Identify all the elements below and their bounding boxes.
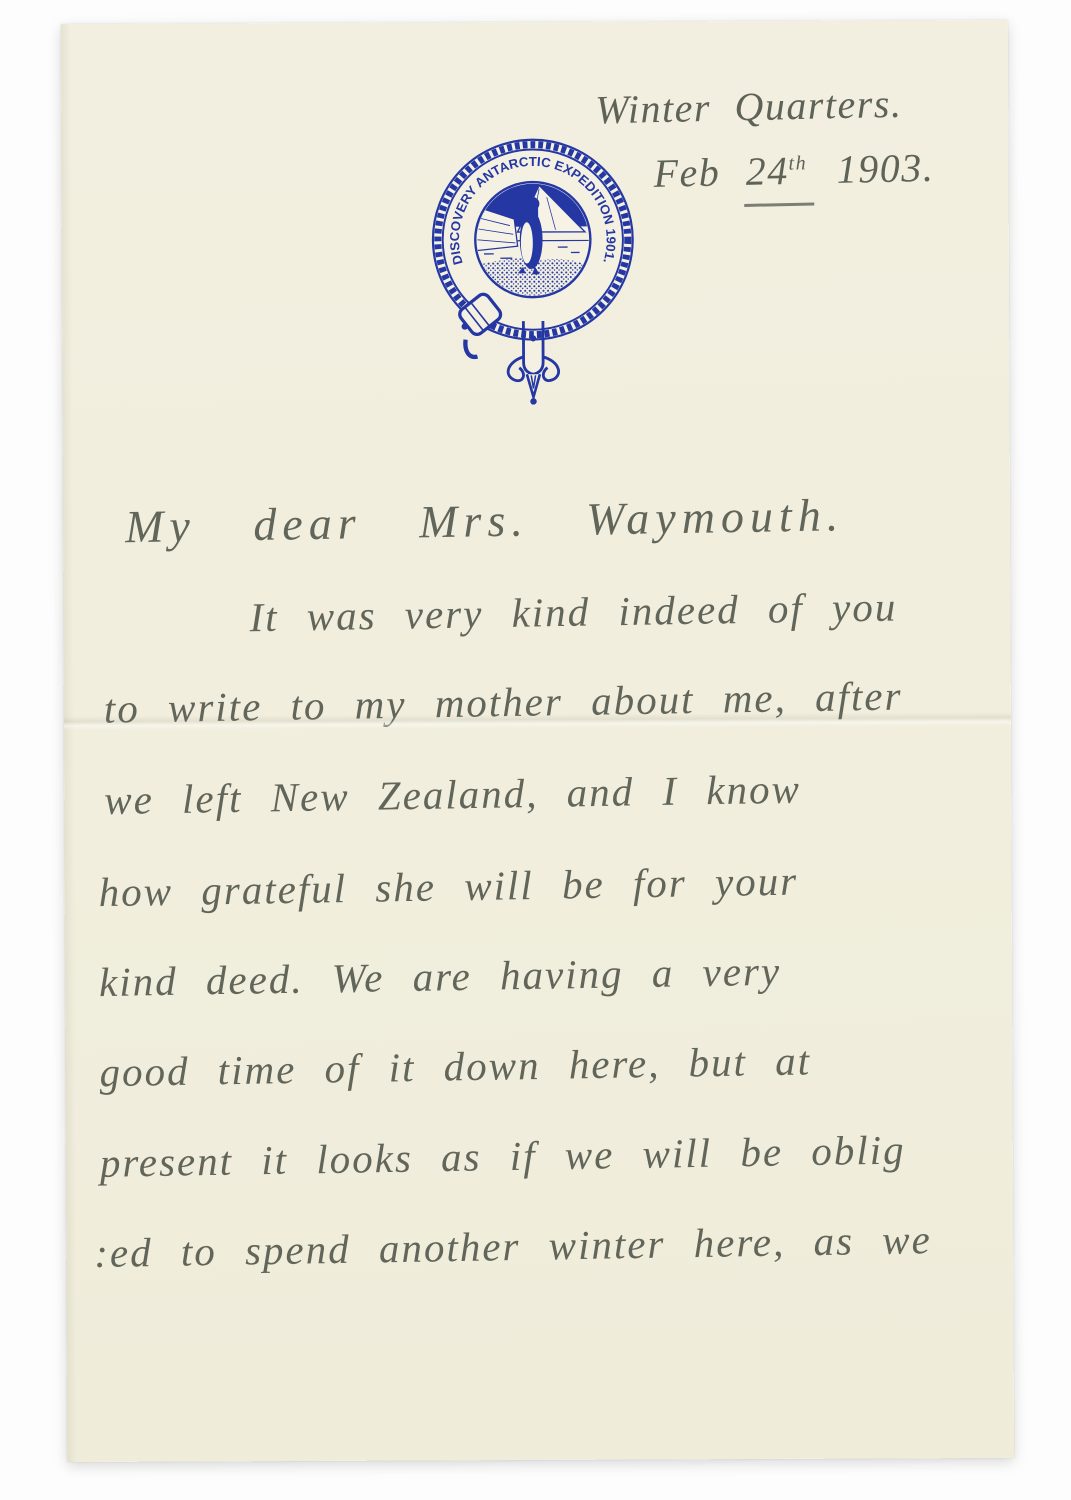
letter-line: present it looks as if we will be oblig (99, 1125, 905, 1186)
letter-line: how grateful she will be for your (98, 857, 798, 917)
place-line: Winter Quarters. (595, 80, 903, 134)
fold-crease (64, 712, 1011, 730)
letter-line: :ed to spend another winter here, as we (94, 1215, 932, 1277)
date-prefix: Feb (653, 149, 721, 195)
letter-line: It was very kind indeed of you (249, 582, 898, 641)
date-day: 24th (743, 147, 814, 207)
salutation-line: My dear Mrs. Waymouth. (125, 488, 845, 553)
date-line: Feb 24th 1903. (653, 144, 935, 197)
expedition-crest: DISCOVERY ANTARCTIC EXPEDITION 1901. (418, 134, 647, 407)
letter-line: good time of it down here, but at (99, 1036, 811, 1096)
date-ordinal: th (788, 152, 807, 174)
letter-line: kind deed. We are having a very (99, 947, 782, 1006)
date-year: 1903. (836, 145, 934, 192)
letter-sheet: DISCOVERY ANTARCTIC EXPEDITION 1901. (61, 20, 1014, 1462)
date-day-number: 24 (745, 148, 789, 194)
letter-line: we left New Zealand, and I know (104, 765, 801, 825)
paper-edge-shadow (61, 24, 77, 1462)
